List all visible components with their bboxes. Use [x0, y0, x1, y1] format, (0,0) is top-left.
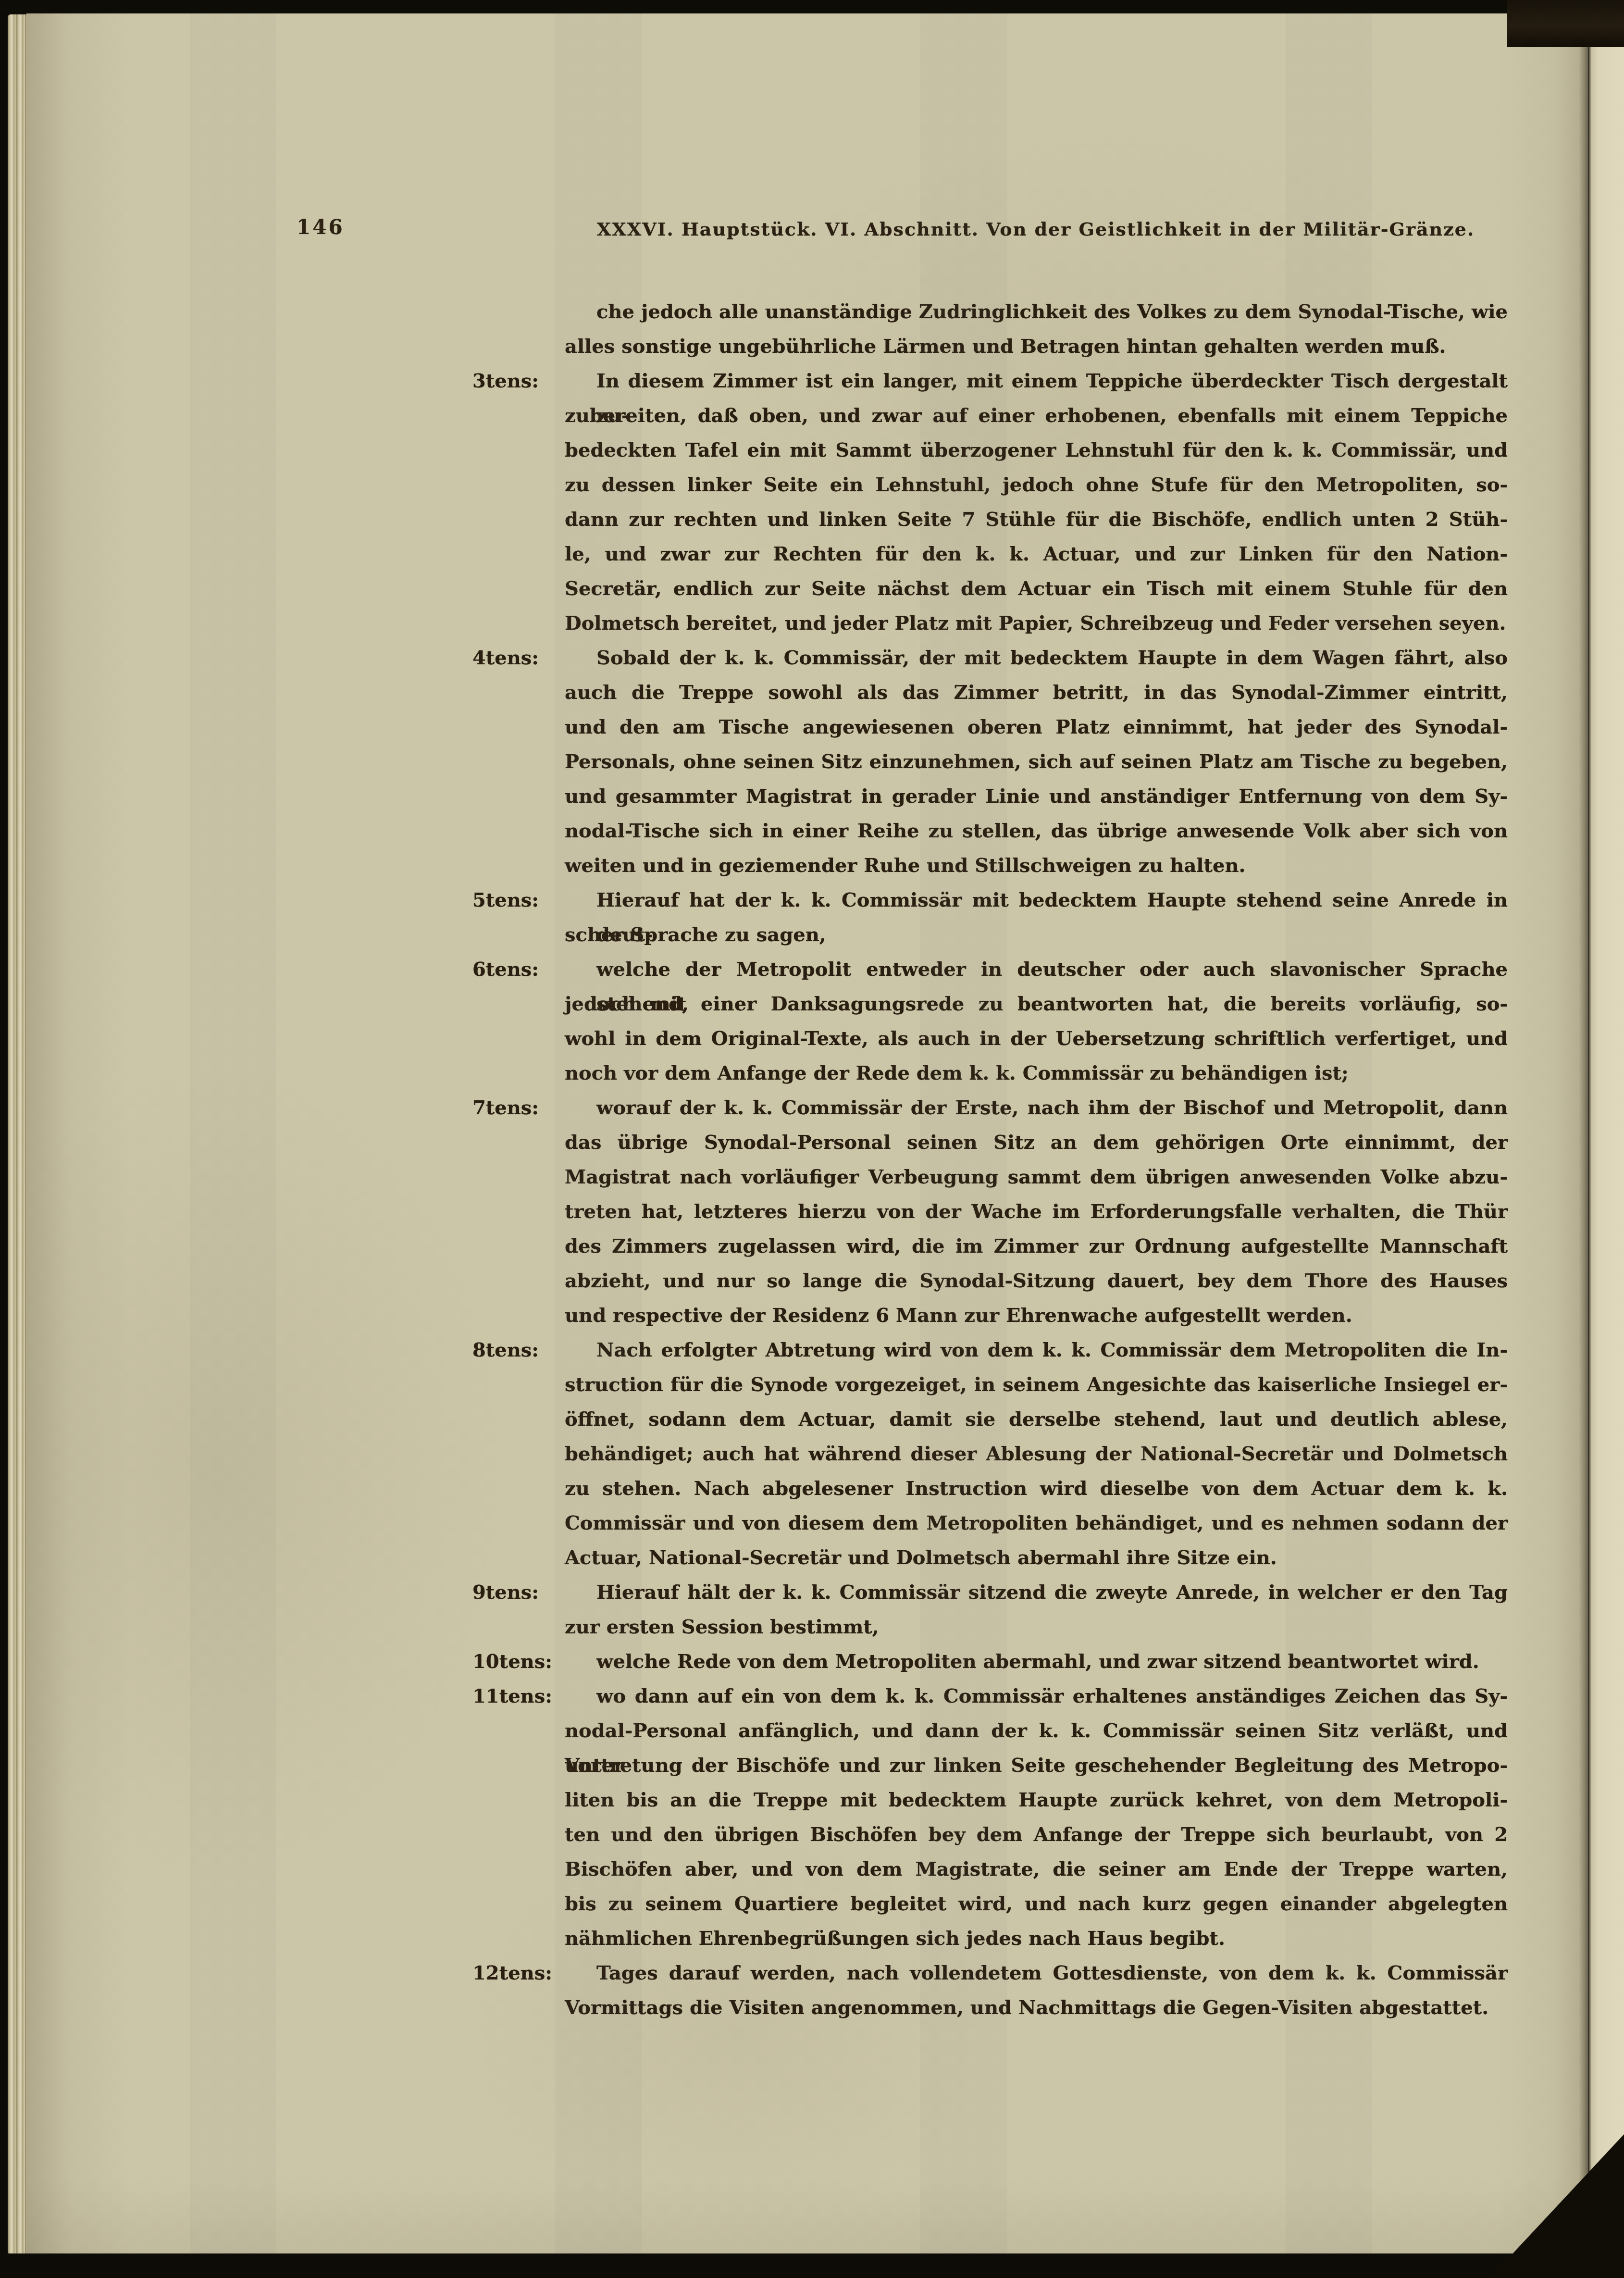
text-line: Actuar, National-Secretär und Dolmetsch … [565, 1541, 1508, 1575]
item-number-label: 12tens: [472, 1956, 552, 1991]
text-line: abzieht, und nur so lange die Synodal-Si… [565, 1264, 1508, 1298]
item-number-label: 7tens: [472, 1091, 539, 1125]
text-line: behändiget; auch hat während dieser Able… [565, 1437, 1508, 1471]
text-line: Dolmetsch bereitet, und jeder Platz mit … [565, 606, 1508, 641]
text-line: bis zu seinem Quartiere begleitet wird, … [565, 1887, 1508, 1921]
item-number-label: 6tens: [472, 952, 539, 987]
text-line: Nach erfolgter Abtretung wird von dem k.… [565, 1333, 1508, 1368]
paragraph-item: 12tens:Tages darauf werden, nach vollend… [565, 1956, 1508, 2025]
text-line: welche Rede von dem Metropoliten abermah… [565, 1644, 1508, 1679]
paragraph-item: 7tens:worauf der k. k. Commissär der Ers… [565, 1091, 1508, 1333]
paragraph-item: 11tens:wo dann auf ein von dem k. k. Com… [565, 1679, 1508, 1956]
text-line: wo dann auf ein von dem k. k. Commissär … [565, 1679, 1508, 1714]
text-line: zu stehen. Nach abgelesener Instruction … [565, 1471, 1508, 1506]
text-line: nodal-Personal anfänglich, und dann der … [565, 1714, 1508, 1748]
text-line: le, und zwar zur Rechten für den k. k. A… [565, 537, 1508, 572]
text-line: Personals, ohne seinen Sitz einzunehmen,… [565, 745, 1508, 779]
item-number-label: 9tens: [472, 1575, 539, 1610]
paragraph-item: 8tens:Nach erfolgter Abtretung wird von … [565, 1333, 1508, 1575]
text-line: Vortretung der Bischöfe und zur linken S… [565, 1748, 1508, 1783]
text-line: welche der Metropolit entweder in deutsc… [565, 952, 1508, 987]
text-line: liten bis an die Treppe mit bedecktem Ha… [565, 1783, 1508, 1817]
text-line: struction für die Synode vorgezeiget, in… [565, 1368, 1508, 1402]
text-line: bedeckten Tafel ein mit Sammt überzogene… [565, 433, 1508, 468]
paragraph-item: che jedoch alle unanständige Zudringlich… [565, 295, 1508, 364]
page-edge-stack [8, 14, 28, 2254]
scan-background-bottom [0, 2253, 1624, 2278]
text-line: das übrige Synodal-Personal seinen Sitz … [565, 1125, 1508, 1160]
text-line: dann zur rechten und linken Seite 7 Stüh… [565, 502, 1508, 537]
page-body: che jedoch alle unanständige Zudringlich… [565, 295, 1508, 2025]
text-line: des Zimmers zugelassen wird, die im Zimm… [565, 1229, 1508, 1264]
scan-background-top [0, 0, 1624, 13]
text-line: Vormittags die Visiten angenommen, und N… [565, 1991, 1508, 2025]
running-header: XXXVI. Hauptstück. VI. Abschnitt. Von de… [536, 218, 1536, 240]
text-line: nodal-Tische sich in einer Reihe zu stel… [565, 814, 1508, 848]
paragraph-item: 6tens:welche der Metropolit entweder in … [565, 952, 1508, 1091]
book-page: 146 XXXVI. Hauptstück. VI. Abschnitt. Vo… [26, 13, 1588, 2254]
text-line: Sobald der k. k. Commissär, der mit bede… [565, 641, 1508, 675]
paragraph-item: 10tens:welche Rede von dem Metropoliten … [565, 1644, 1508, 1679]
text-line: worauf der k. k. Commissär der Erste, na… [565, 1091, 1508, 1125]
paragraph-item: 4tens:Sobald der k. k. Commissär, der mi… [565, 641, 1508, 883]
text-line: scher Sprache zu sagen, [565, 918, 1508, 952]
paragraph-item: 3tens:In diesem Zimmer ist ein langer, m… [565, 364, 1508, 641]
text-line: zur ersten Session bestimmt, [565, 1610, 1508, 1644]
item-number-label: 3tens: [472, 364, 539, 398]
text-line: alles sonstige ungebührliche Lärmen und … [565, 329, 1508, 364]
text-line: weiten und in geziemender Ruhe und Still… [565, 848, 1508, 883]
item-number-label: 11tens: [472, 1679, 552, 1714]
paragraph-item: 9tens:Hierauf hält der k. k. Commissär s… [565, 1575, 1508, 1644]
scan-dark-corner-top-right [1507, 0, 1624, 47]
item-number-label: 5tens: [472, 883, 539, 918]
text-line: treten hat, letzteres hierzu von der Wac… [565, 1195, 1508, 1229]
text-line: Secretär, endlich zur Seite nächst dem A… [565, 572, 1508, 606]
item-number-label: 8tens: [472, 1333, 539, 1368]
text-line: und den am Tische angewiesenen oberen Pl… [565, 710, 1508, 745]
page-fold-shadow [1579, 29, 1591, 2221]
text-line: wohl in dem Original-Texte, als auch in … [565, 1021, 1508, 1056]
paragraph-item: 5tens:Hierauf hat der k. k. Commissär mi… [565, 883, 1508, 952]
text-line: che jedoch alle unanständige Zudringlich… [565, 295, 1508, 329]
text-line: ten und den übrigen Bischöfen bey dem An… [565, 1817, 1508, 1852]
text-line: Commissär und von diesem dem Metropolite… [565, 1506, 1508, 1541]
text-line: Tages darauf werden, nach vollendetem Go… [565, 1956, 1508, 1991]
text-line: Hierauf hält der k. k. Commissär sitzend… [565, 1575, 1508, 1610]
page-number: 146 [297, 215, 345, 239]
text-line: Bischöfen aber, und von dem Magistrate, … [565, 1852, 1508, 1887]
text-line: auch die Treppe sowohl als das Zimmer be… [565, 675, 1508, 710]
text-line: nähmlichen Ehrenbegrüßungen sich jedes n… [565, 1921, 1508, 1956]
text-line: und gesammter Magistrat in gerader Linie… [565, 779, 1508, 814]
text-line: Hierauf hat der k. k. Commissär mit bede… [565, 883, 1508, 918]
text-line: jedoch mit einer Danksagungsrede zu bean… [565, 987, 1508, 1021]
text-line: öffnet, sodann dem Actuar, damit sie der… [565, 1402, 1508, 1437]
text-line: Magistrat nach vorläufiger Verbeugung sa… [565, 1160, 1508, 1195]
book-scan: 146 XXXVI. Hauptstück. VI. Abschnitt. Vo… [0, 0, 1624, 2278]
text-line: zu dessen linker Seite ein Lehnstuhl, je… [565, 468, 1508, 502]
text-line: In diesem Zimmer ist ein langer, mit ein… [565, 364, 1508, 398]
adjacent-page-edge [1589, 44, 1624, 2184]
text-line: noch vor dem Anfange der Rede dem k. k. … [565, 1056, 1508, 1091]
item-number-label: 4tens: [472, 641, 539, 675]
text-line: und respective der Residenz 6 Mann zur E… [565, 1298, 1508, 1333]
item-number-label: 10tens: [472, 1644, 552, 1679]
text-line: zubereiten, daß oben, und zwar auf einer… [565, 398, 1508, 433]
